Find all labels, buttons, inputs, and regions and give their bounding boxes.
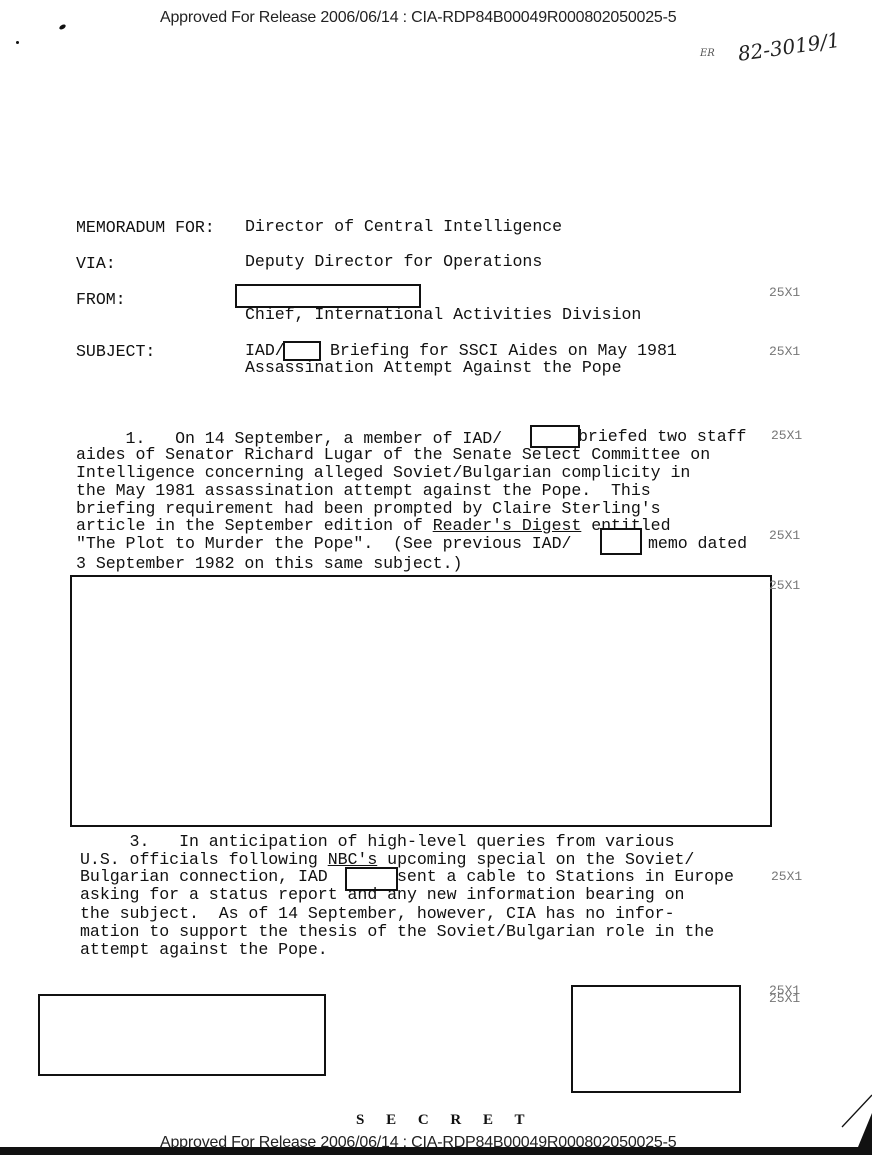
p1-line7-rest: memo dated [648, 535, 747, 553]
via-label: VIA: [76, 255, 116, 273]
p3-line3: Bulgarian connection, IAD [80, 868, 328, 886]
p3-line5: the subject. As of 14 September, however… [80, 905, 674, 923]
p1-line7: "The Plot to Murder the Pope". (See prev… [76, 535, 571, 553]
handwritten-reference: 82-3019/1 [736, 28, 841, 66]
handwritten-prefix: ER [700, 48, 715, 59]
signature-redaction-right [571, 985, 741, 1093]
p3-line6: mation to support the thesis of the Sovi… [80, 923, 714, 941]
from-value: Chief, International Activities Division [245, 306, 641, 324]
from-label: FROM: [76, 291, 126, 309]
via-value: Deputy Director for Operations [245, 253, 542, 271]
exemption-code: 25X1 [769, 995, 800, 1003]
p3-line4: asking for a status report and any new i… [80, 886, 684, 904]
p1-line3: Intelligence concerning alleged Soviet/B… [76, 464, 690, 482]
exemption-code: 25X1 [769, 528, 800, 543]
p1-line2: aides of Senator Richard Lugar of the Se… [76, 446, 710, 464]
corner-fold-mark [820, 1075, 872, 1155]
exemption-code: 25X1 [769, 285, 800, 300]
p1-line8: 3 September 1982 on this same subject.) [76, 555, 462, 573]
scan-speck [16, 41, 19, 44]
release-header: Approved For Release 2006/06/14 : CIA-RD… [160, 9, 676, 27]
p3-line3-rest: sent a cable to Stations in Europe [397, 868, 734, 886]
p3-line1: 3. In anticipation of high-level queries… [80, 833, 674, 851]
memo-for-label: MEMORADUM FOR: [76, 219, 215, 237]
redaction-box [600, 528, 642, 555]
p1-line1-rest: briefed two staff [578, 428, 746, 446]
exemption-code: 25X1 [769, 344, 800, 359]
p1-line4: the May 1981 assassination attempt again… [76, 482, 651, 500]
subject-label: SUBJECT: [76, 343, 155, 361]
scan-speck [58, 24, 66, 31]
publication-title: Reader's Digest [433, 516, 582, 535]
memo-for-value: Director of Central Intelligence [245, 218, 562, 236]
p1-line6-a: article in the September edition of [76, 516, 433, 535]
redacted-paragraph-box [70, 575, 772, 827]
signature-redaction-left [38, 994, 326, 1076]
scan-edge-bar [0, 1147, 872, 1155]
exemption-code: 25X1 [771, 428, 802, 443]
p1-line6: article in the September edition of Read… [76, 517, 670, 535]
classification-marking: S E C R E T [356, 1112, 534, 1129]
exemption-code: 25X1 [771, 869, 802, 884]
p3-line7: attempt against the Pope. [80, 941, 328, 959]
subject-value-line2: Assassination Attempt Against the Pope [245, 359, 622, 377]
exemption-code: 25X1 [769, 578, 800, 593]
